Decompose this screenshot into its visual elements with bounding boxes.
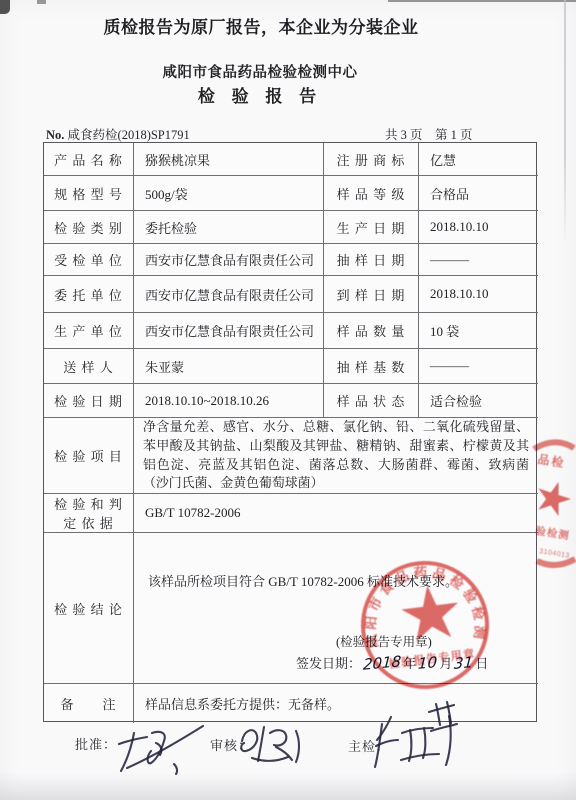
field-value: 500g/袋 (134, 176, 324, 211)
field-value: 朱亚蒙 (134, 349, 324, 384)
review-label: 审核： (210, 735, 252, 754)
field-label: 样 品 等 级 (324, 176, 419, 211)
items-label: 检 验 项 目 (44, 418, 134, 494)
field-value: 2018.10.10 (419, 211, 538, 244)
conclusion-label: 检 验 结 论 (44, 533, 134, 684)
conclusion-cell: 该样品所检项目符合 GB/T 10782-2006 标准技术要求。 (检验报告专… (134, 533, 538, 684)
field-label: 产 品 名 称 (44, 143, 134, 176)
report-number-value: 咸食药检(2018)SP1791 (68, 128, 190, 142)
conclusion-text: 该样品所检项目符合 GB/T 10782-2006 标准技术要求。 (148, 571, 458, 590)
top-notice: 质检报告为原厂报告，本企业为分装企业 (0, 13, 522, 38)
field-label: 抽 样 基 数 (324, 349, 419, 384)
field-value: 亿慧 (419, 143, 538, 176)
report-title: 检 验 报 告 (0, 82, 520, 107)
field-value: 猕猴桃凉果 (134, 143, 324, 176)
svg-text:3104013: 3104013 (539, 548, 570, 560)
issue-date-line: 签发日期：2018年10月31日 (296, 653, 488, 672)
items-value: 净含量允差、感官、水分、总糖、氯化钠、铅、二氧化硫残留量、苯甲酸及其钠盐、山梨酸… (134, 418, 538, 494)
approve-label: 批准： (75, 734, 117, 753)
scan-edge-top (388, 0, 576, 2)
issue-date-month-unit: 月 (439, 656, 452, 671)
scan-edge-right (564, 0, 566, 245)
svg-text:品检: 品检 (537, 451, 567, 470)
issue-date-day: 31 (454, 653, 474, 673)
field-label: 样 品 数 量 (324, 313, 419, 349)
basis-value: GB/T 10782-2006 (134, 494, 538, 533)
approve-signature (119, 726, 203, 774)
field-value: 2018.10.10~2018.10.26 (134, 384, 324, 418)
inspect-label: 主检： (348, 736, 390, 755)
report-table: 产 品 名 称 猕猴桃凉果 注 册 商 标 亿慧 规 格 型 号 500g/袋 … (43, 142, 537, 722)
field-label: 送 样 人 (44, 349, 134, 384)
edge-stamp-fragment: 品检 验检测 3104013 (532, 442, 575, 565)
report-number: No. 咸食药检(2018)SP1791 (46, 125, 190, 143)
field-value: 2018.10.10 (419, 276, 538, 313)
issue-date-year: 2018 (362, 652, 401, 674)
field-label: 样 品 状 态 (324, 384, 419, 418)
field-label: 抽 样 日 期 (324, 244, 419, 276)
field-value: ——— (419, 244, 538, 276)
field-label: 检 验 日 期 (44, 384, 134, 418)
basis-label: 检 验 和 判 定 依 据 (44, 494, 134, 533)
issue-date-year-unit: 年 (403, 656, 416, 671)
field-label: 到 样 日 期 (324, 276, 419, 313)
scan-artifact-corner (0, 0, 10, 14)
field-value: 10 袋 (419, 313, 538, 349)
field-value: 西安市亿慧食品有限责任公司 (134, 276, 324, 313)
field-label: 检 验 类 别 (44, 211, 134, 244)
remark-label: 备 注 (44, 684, 134, 723)
remark-value: 样品信息系委托方提供：无备样。 (134, 684, 538, 723)
field-label: 生 产 日 期 (324, 211, 419, 244)
field-label: 受 检 单 位 (44, 244, 134, 276)
field-value: 委托检验 (134, 211, 324, 244)
field-value: 适合检验 (419, 384, 538, 418)
issue-date-month: 10 (418, 653, 438, 673)
svg-text:验检测: 验检测 (535, 524, 571, 542)
scan-shadow-bottom (0, 772, 576, 800)
issue-date-day-unit: 日 (475, 656, 488, 671)
inspection-report-page: 质检报告为原厂报告，本企业为分装企业 咸阳市食品药品检验检测中心 检 验 报 告… (0, 0, 576, 800)
report-number-prefix: No. (46, 128, 64, 142)
issue-date-label: 签发日期： (296, 656, 361, 671)
field-label: 规 格 型 号 (44, 176, 134, 211)
scan-artifact-top (37, 0, 46, 4)
field-label: 委 托 单 位 (44, 276, 134, 313)
field-label: 注 册 商 标 (324, 143, 419, 176)
field-value: 西安市亿慧食品有限责任公司 (134, 313, 324, 349)
stamp-note: (检验报告专用章) (336, 632, 432, 650)
field-label: 生 产 单 位 (44, 313, 134, 349)
field-value: 西安市亿慧食品有限责任公司 (134, 244, 324, 276)
org-name: 咸阳市食品药品检验检测中心 (0, 61, 520, 82)
page-count: 共 3 页 第 1 页 (385, 125, 473, 143)
field-value: ——— (419, 349, 538, 384)
field-value: 合格品 (419, 176, 538, 211)
